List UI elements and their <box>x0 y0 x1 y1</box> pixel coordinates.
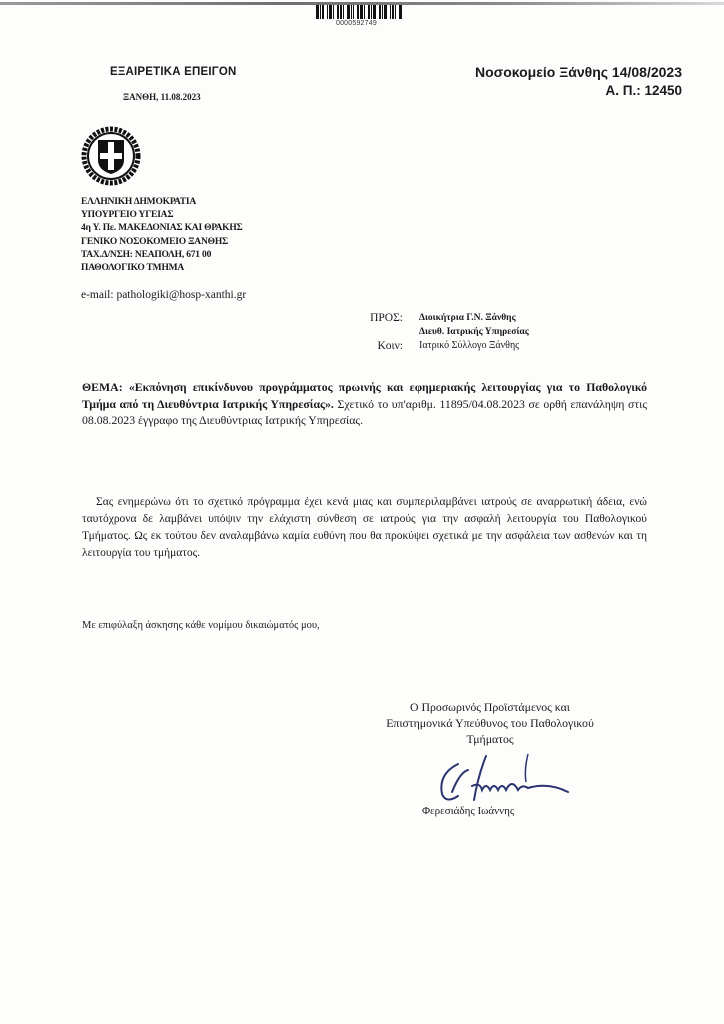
recipient: Διευθ. Ιατρικής Υπηρεσίας <box>419 325 529 339</box>
signer-name: Φερεσιάδης Ιωάννης <box>422 805 514 817</box>
barcode <box>316 5 426 19</box>
sender-line: ΠΑΘΟΛΟΓΙΚΟ ΤΜΗΜΑ <box>81 262 243 275</box>
sender-line: ΥΠΟΥΡΓΕΙΟ ΥΓΕΙΑΣ <box>81 209 243 222</box>
recipient: Διοικήτρια Γ.Ν. Ξάνθης <box>419 311 516 325</box>
urgency-label: ΕΞΑΙΡΕΤΙΚΑ ΕΠΕΙΓΟΝ <box>110 66 237 78</box>
cc-recipient: Ιατρικό Σύλλογο Ξάνθης <box>419 339 519 353</box>
closing-line: Με επιφύλαξη άσκησης κάθε νομίμου δικαιώ… <box>82 620 320 631</box>
recipients-block: ΠΡΟΣ: Διοικήτρια Γ.Ν. Ξάνθης Διευθ. Ιατρ… <box>343 311 529 353</box>
sender-line: ΕΛΛΗΝΙΚΗ ΔΗΜΟΚΡΑΤΙΑ <box>81 196 243 209</box>
hospital-receipt-date: Νοσοκομείο Ξάνθης 14/08/2023 <box>475 64 682 80</box>
handwritten-signature-icon <box>428 752 598 812</box>
signature-title-line: Ο Προσωρινός Προϊστάμενος και <box>355 699 625 715</box>
sender-organization: ΕΛΛΗΝΙΚΗ ΔΗΜΟΚΡΑΤΙΑ ΥΠΟΥΡΓΕΙΟ ΥΓΕΙΑΣ 4η … <box>81 196 243 275</box>
sender-email: e-mail: pathologiki@hosp-xanthi.gr <box>81 289 246 301</box>
place-date: ΞΑΝΘΗ, 11.08.2023 <box>123 92 201 102</box>
cc-label: Κοιν: <box>343 339 419 353</box>
to-label: ΠΡΟΣ: <box>343 311 419 325</box>
subject-block: ΘΕΜΑ: «Εκπόνηση επικίνδυνου προγράμματος… <box>82 379 647 429</box>
sender-line: 4η Υ. Πε. ΜΑΚΕΔΟΝΙΑΣ ΚΑΙ ΘΡΑΚΗΣ <box>81 222 243 235</box>
body-paragraph: Σας ενημερώνω ότι το σχετικό πρόγραμμα έ… <box>82 494 647 562</box>
signature-title: Ο Προσωρινός Προϊστάμενος και Επιστημονι… <box>355 699 625 747</box>
greek-coat-of-arms-icon <box>81 126 141 186</box>
barcode-number: 0000592749 <box>336 20 377 27</box>
signature-title-line: Επιστημονικά Υπεύθυνος του Παθολογικού <box>355 715 625 731</box>
sender-line: ΓΕΝΙΚΟ ΝΟΣΟΚΟΜΕΙΟ ΞΑΝΘΗΣ <box>81 236 243 249</box>
sender-line: ΤΑΧ.Δ/ΝΣΗ: ΝΕΑΠΟΛΗ, 671 00 <box>81 249 243 262</box>
signature-title-line: Τμήματος <box>355 731 625 747</box>
protocol-number: Α. Π.: 12450 <box>605 83 682 98</box>
